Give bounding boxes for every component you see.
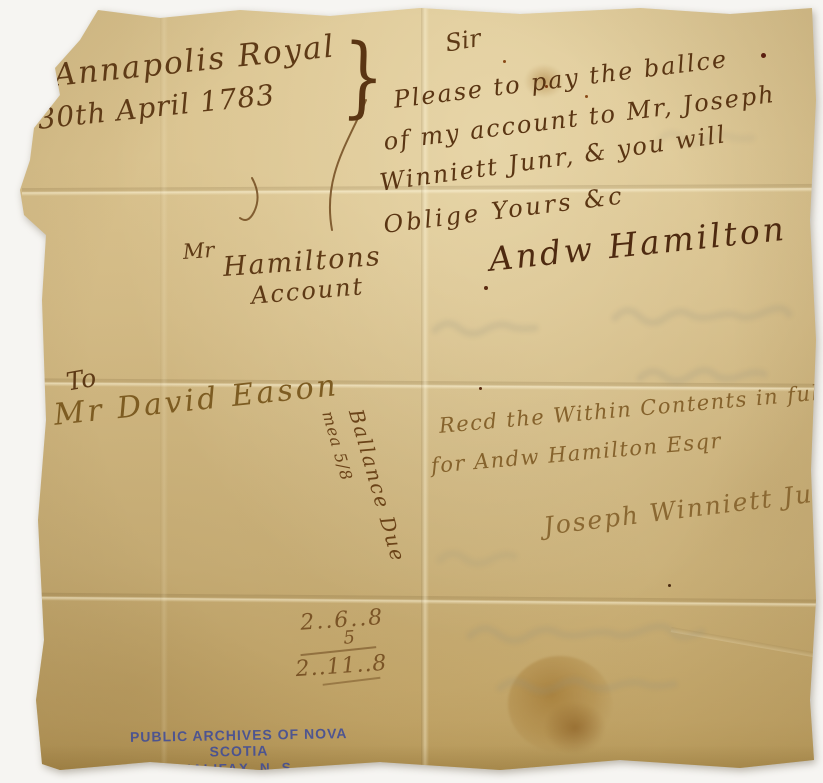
archive-stamp-line: HALIFAX, N. S. <box>103 759 375 779</box>
ghost-line <box>470 626 702 640</box>
archive-stamp-line: PUBLIC ARCHIVES OF NOVA SCOTIA <box>103 725 376 762</box>
paper-shadow: Annapolis Royal } 30th April 1783 Sir Pl… <box>0 0 823 783</box>
docket-honorific: Mr <box>182 238 215 264</box>
sum-block: 2..6..8 5 2..11..8 <box>291 605 388 686</box>
manuscript-paper: Annapolis Royal } 30th April 1783 Sir Pl… <box>0 0 823 783</box>
ghost-line <box>440 553 514 563</box>
archive-stamp: PUBLIC ARCHIVES OF NOVA SCOTIA HALIFAX, … <box>103 725 376 779</box>
ghost-line <box>500 680 674 691</box>
ghost-line <box>435 323 535 333</box>
scanned-document-page: Annapolis Royal } 30th April 1783 Sir Pl… <box>0 0 823 783</box>
address-to: To <box>64 363 98 397</box>
brace-flourish: } <box>340 24 386 128</box>
ghost-line <box>640 370 764 381</box>
stray-pen-mark <box>240 178 258 220</box>
ghost-line <box>615 308 789 322</box>
